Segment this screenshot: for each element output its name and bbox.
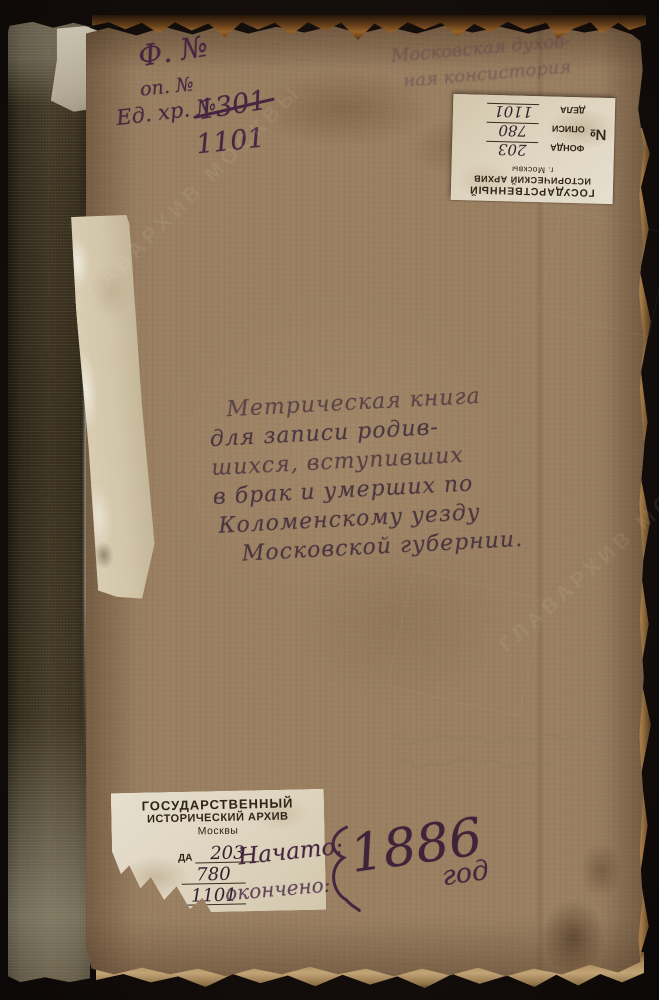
delo-number: 1101 — [487, 103, 539, 119]
archival-book-cover-photo: Ф. № оп. № Ед. хр. № 1301 1101 Московска… — [0, 0, 659, 1000]
fond-row: ФОНДА 203 — [458, 140, 585, 162]
book-spine-cloth — [8, 20, 90, 984]
fond-number: 203 — [486, 141, 538, 157]
opis-number: 780 — [487, 122, 539, 138]
faded-pencil-inscription — [388, 726, 638, 778]
number-sign: № — [589, 125, 606, 142]
handwritten-title: Метрическая книга для записи родив- шихс… — [208, 380, 524, 570]
archive-label-top: ГОСУДАРСТВЕННЫЙ ИСТОРИЧЕСКИЙ АРХИВ г. Мо… — [451, 94, 616, 204]
year-suffix: год — [440, 855, 491, 892]
